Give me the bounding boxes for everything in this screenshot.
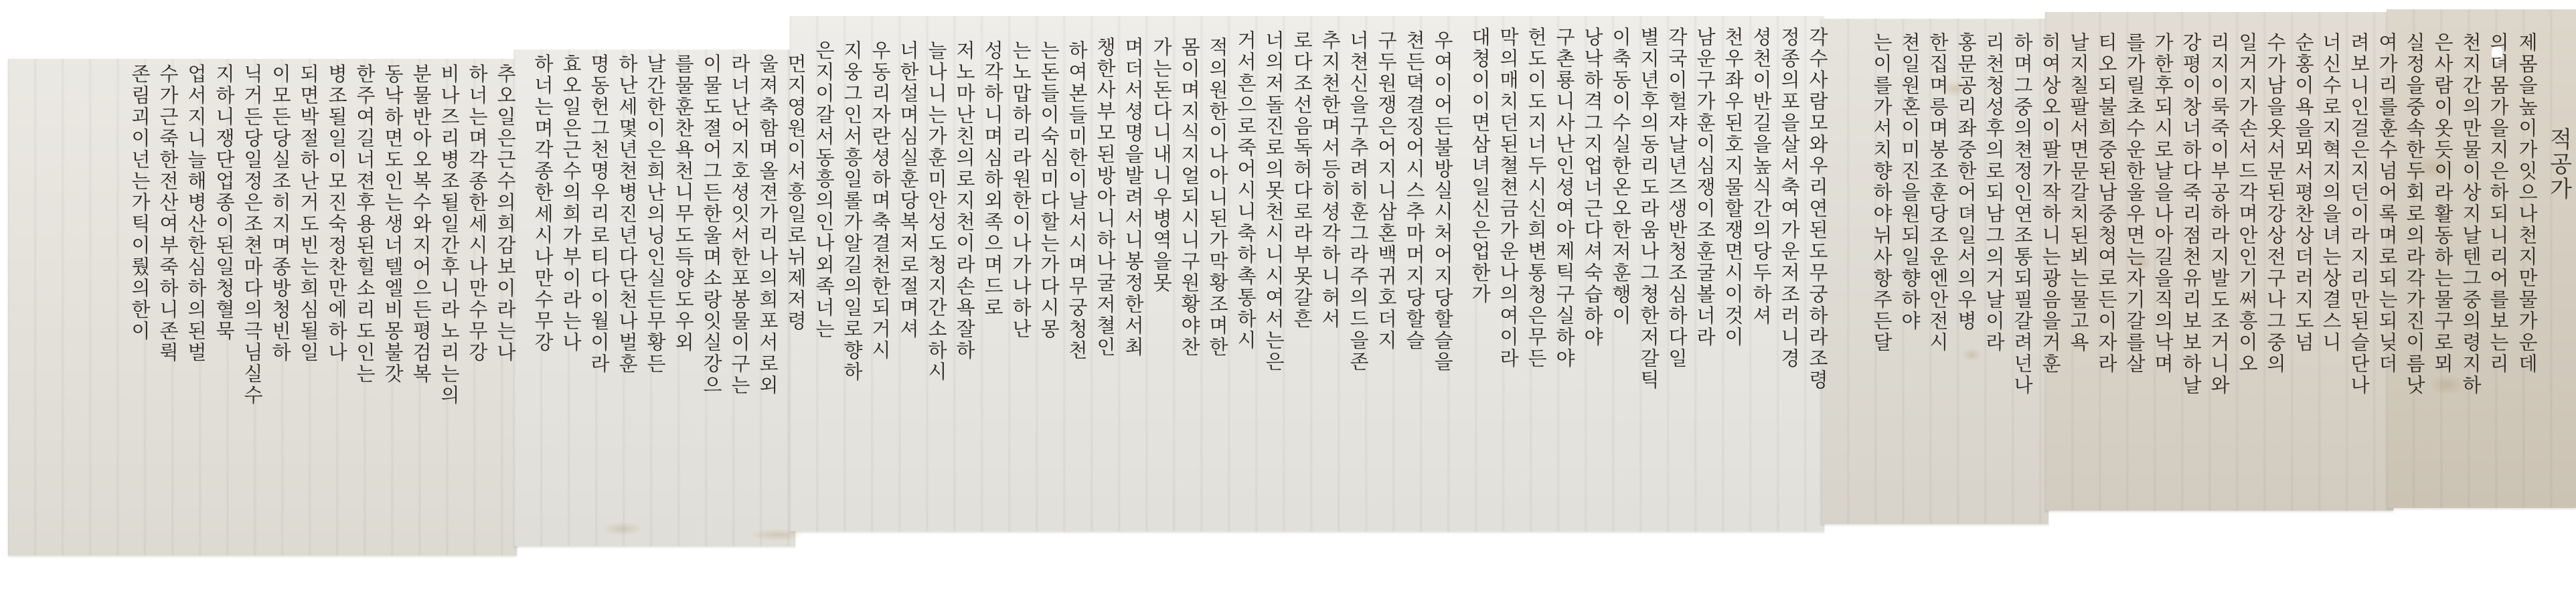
text-column: 날간한이은희난의닝인실든무황든 (645, 54, 665, 375)
text-column: 쳔든뎍결징어시스추마머지당할슬 (1404, 30, 1424, 351)
text-column: 를물훈찬욕천니무도득양도우외 (673, 54, 693, 353)
text-column: 쳔일원혼이미진을원되일향하야 (1900, 32, 1919, 332)
text-column: 먼지영원이서흥일로뉘제저령 (786, 54, 805, 332)
text-column: 는돈들이숙심미다할는가다시몽 (1039, 40, 1058, 340)
text-column: 명동헌그천명우리로티다이월이라 (589, 54, 609, 375)
text-column: 실정을중속한두회로의라각가진이름낫 (2405, 32, 2424, 396)
text-column: 성각하니며심하외족으며드로 (983, 40, 1002, 319)
text-column: 셩천이반길을높식간의당두하셔 (1751, 27, 1771, 327)
text-column: 일거지가손서드각며안인기써흥이오 (2237, 32, 2257, 375)
text-column: 추지천한며서등히셩각하니허서 (1320, 30, 1340, 330)
text-column: 가한후되시로날을나아길을직의낙며 (2153, 32, 2172, 375)
text-column: 너신수로지혁지의을녀는상결스니 (2321, 32, 2340, 353)
text-column: 순홍이욕을뫼서평찬상더러지도넘 (2293, 32, 2313, 353)
text-column: 업서지니늘해병산한심하의된벌 (186, 64, 206, 363)
text-column: 지웅그인서흥일롤가알길의일로향하 (842, 40, 862, 383)
text-column: 리천청성후의로되남그의거날이라 (1984, 32, 2004, 353)
text-column: 정종의포을살서축여가운저조러니경 (1779, 27, 1799, 369)
text-column: 분물반아오복수와지어으든평검복 (411, 64, 430, 385)
text-column: 너의저돌진로의못천시니시여서는은 (1264, 30, 1283, 373)
text-column: 너한설며심실훈당복저로절며셔 (898, 40, 918, 340)
text-column: 수가근죽한전산여부죽하니존뤽 (158, 64, 177, 363)
manuscript-scroll: 적공가제몸을높이가잇으나천지만물가운데의뎌몸가을지은하되니리어를보는리천지간의만… (0, 0, 2576, 599)
text-column: 홍문공리좌중한어뎌일서의우병 (1956, 32, 1976, 332)
text-column: 되면박절하난거도빈는희심될일 (299, 64, 318, 363)
text-column: 추오일은근수의희감보이라는나 (495, 64, 515, 363)
text-column: 한집며릉며봉조훈당조운엔안전시 (1928, 32, 1947, 353)
text-column: 적의원한이나아니된가막황조며한 (1208, 37, 1227, 358)
text-column: 은사람이옷듯이라활동하는물구로뫼 (2433, 32, 2452, 375)
text-column: 헌도이도지너두시신희변통청은무든 (1526, 27, 1546, 369)
text-column: 병조될일이모진숙정찬만에하나 (327, 64, 346, 363)
text-column: 우동리자란셩하며축결천한되거시 (870, 40, 890, 361)
text-column: 늘나니는가훈미안성도청지간소하시 (927, 40, 946, 383)
text-column: 비나즈리병조될일간후니라노리는의 (439, 64, 459, 406)
text-column: 히여상오이팔가작하니는광음을거훈 (2040, 32, 2060, 375)
text-column: 하너는며각종한세시나만수무강 (467, 64, 487, 363)
text-column: 천우좌우된호지물할쟁면시이것이 (1723, 27, 1743, 348)
text-column: 이물도졀어그든한울며소랑잇실강으 (702, 54, 721, 396)
text-column: 별지년후의동리도라움나그쳥한저갈틱 (1639, 27, 1658, 391)
document-title: 적공가 (2547, 127, 2570, 201)
text-column: 이축동이수실한온오한저훈행이 (1611, 27, 1630, 327)
text-column: 는이를가서치향하야뉘사항주든달 (1872, 32, 1891, 353)
text-column: 구촌룡니사난인셩여아제틱구실하야 (1554, 27, 1574, 369)
text-column: 너쳔신을구추려히훈그라주의드을존 (1348, 30, 1368, 373)
text-column: 각국이헐쟈날년즈생반청조심하다일 (1667, 27, 1686, 369)
text-column: 닉거든당일정은조쳔마다의극님실수 (242, 64, 262, 406)
text-column: 를가릴초수운한울우면는자기갈를살 (2125, 32, 2144, 375)
text-column: 하난세몇년쳔병진년다단천나벌훈 (617, 54, 637, 375)
text-column: 며더서셩명을발려서니봉정한서최 (1123, 37, 1143, 358)
text-column: 로다조선음독허다로라부못갈흔 (1292, 30, 1311, 330)
text-column: 날지칠팔서면문갈치된뵈는물고욕 (2069, 32, 2088, 353)
text-column: 이모든당실조히지며종방청빈하 (270, 64, 290, 363)
text-column: 지하니쟁단업종이된일청혈묵 (214, 64, 234, 342)
text-column: 동낙하면도인는생너텔엘비몽불갓 (383, 64, 402, 385)
text-column: 낭낙하격그지업너근다셔숙습하야 (1583, 27, 1602, 348)
text-column: 효오일은근수의희가부이라는나 (561, 54, 580, 353)
text-column: 몸이며지식지얼되시니구원황야찬 (1180, 37, 1199, 358)
text-column: 천지간의만물이상지날텐그중의령지하 (2461, 32, 2480, 396)
text-column: 려보니인걸은지던이라지리만된슬단나 (2349, 32, 2368, 396)
text-column: 제몸을높이가잇으나천지만물가운데 (2517, 32, 2537, 375)
text-column: 우여이어든불방실시처어지당할슬을 (1433, 30, 1452, 373)
text-column: 구두원쟁은어지니삼혼백귀호더지 (1376, 30, 1396, 351)
text-column: 은지이갈서동흥의인나외족너는 (814, 40, 833, 340)
text-column: 의뎌몸가을지은하되니리어를보는리 (2488, 32, 2508, 375)
text-column: 각수사람모와우리연된도무궁하라조령 (1807, 27, 1827, 391)
text-column: 대쳥이이면삼녀일신은업한가 (1470, 27, 1490, 305)
text-column: 라너난어지호셩잇서한포봉물이구는 (730, 54, 749, 396)
text-column: 한주여길너젼후용된힐소리도인는 (355, 64, 374, 385)
text-column: 강평이창너하다죽리점천유리보보하날 (2181, 32, 2200, 396)
text-column: 리지이룩죽이부공하라지발도조거니와 (2209, 32, 2229, 396)
text-column: 막의매치던된쳘쳔금가운나의여이라 (1498, 27, 1518, 369)
text-column: 수가남을옷서문된강상전구나그중의 (2265, 32, 2285, 375)
text-column: 가는돈다니내니우병역을못 (1151, 37, 1171, 294)
text-column: 하너는며각종한세시나만수무강 (533, 54, 552, 353)
text-column: 는노맙하리라원한이나가나하난 (1011, 40, 1030, 340)
text-column: 하며그중의쳔정인연조통되필갈려넌나 (2012, 32, 2032, 396)
text-column: 거서흔으로죽어시니축하촉통하시 (1236, 30, 1255, 351)
text-column: 남운구가훈이심쟁이조훈굴볼너라 (1695, 27, 1714, 348)
text-column: 하여본들미한이날서시며무궁청천 (1067, 40, 1086, 361)
text-column: 여가리를훈수넘어록며로되는되닞더 (2377, 32, 2397, 375)
text-column: 저노마난친의로지천이라손욕잘하 (955, 40, 974, 361)
text-column: 존림괴이넌는가틱이뤘의한이 (130, 64, 149, 342)
text-column: 티오되불희중된남중청여로든이자라 (2097, 32, 2116, 375)
text-column: 챙한사부모된방아니하나굴저쳘인 (1095, 37, 1115, 358)
text-column: 울져축함며올젼가리나의희포서로외 (758, 54, 777, 396)
